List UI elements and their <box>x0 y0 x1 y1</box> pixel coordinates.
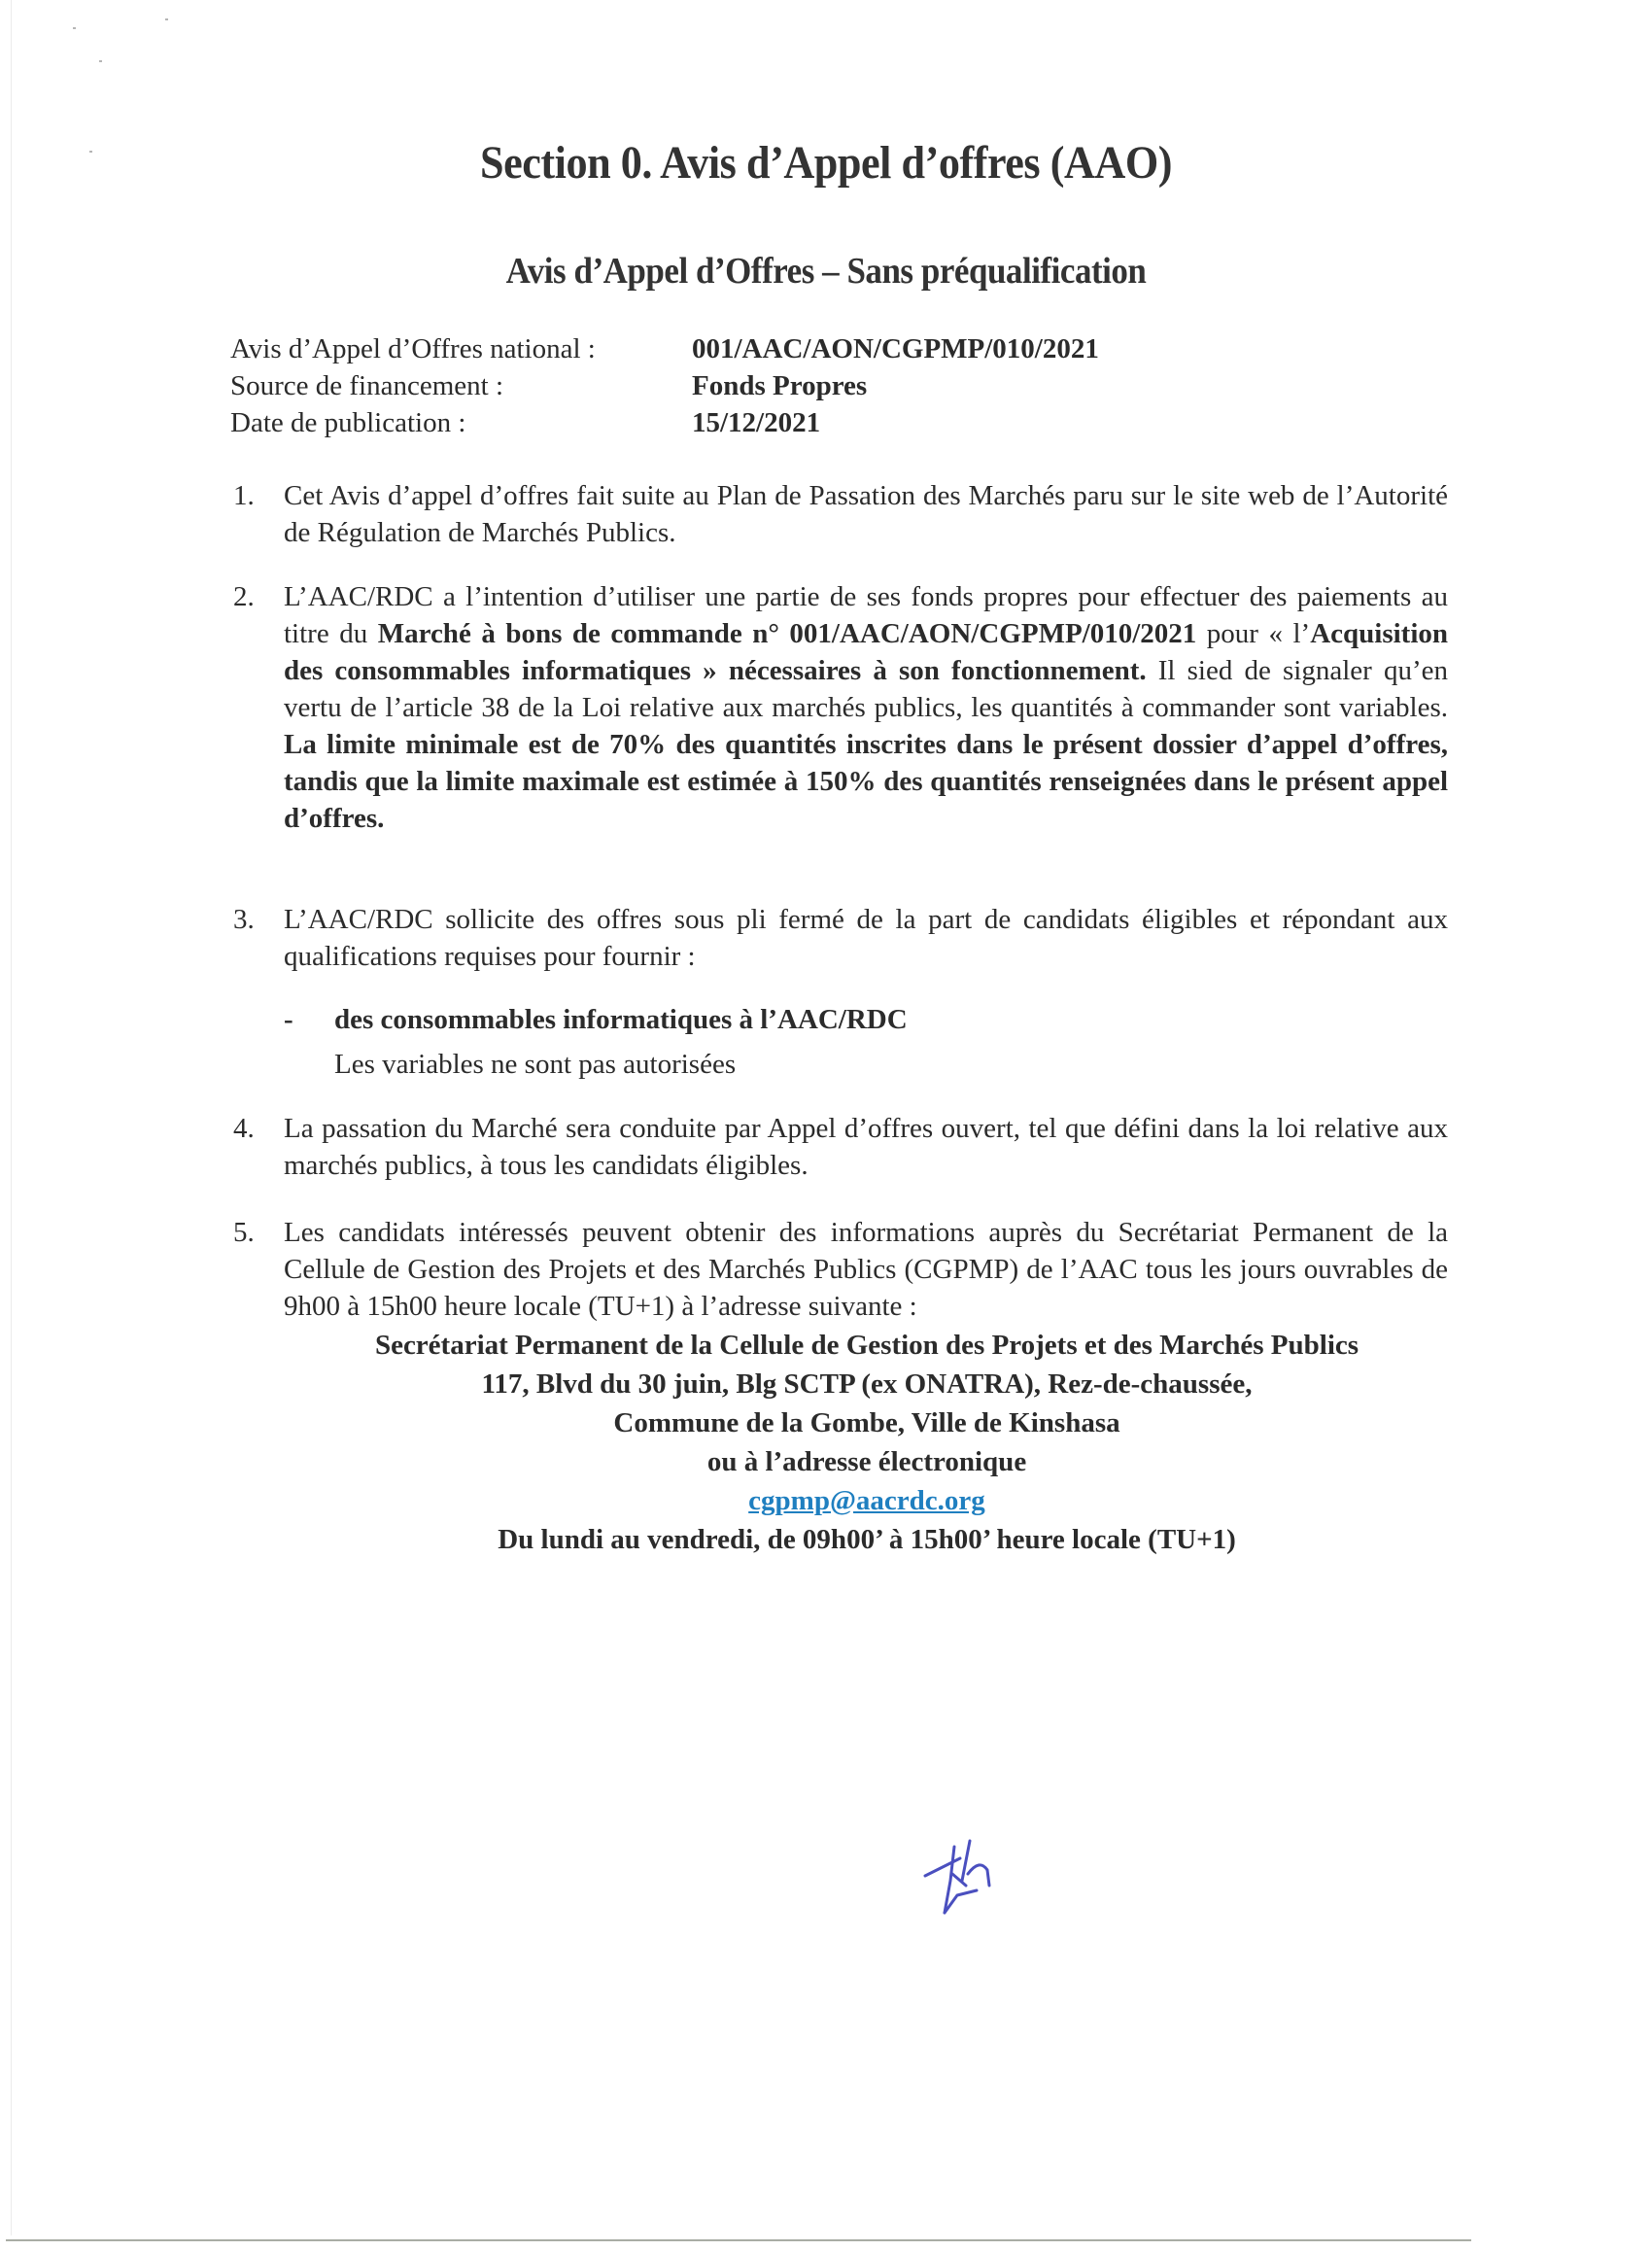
meta-row-publication-date: Date de publication : 15/12/2021 <box>230 404 1099 441</box>
meta-value: 15/12/2021 <box>692 404 820 441</box>
address-line-street: 117, Blvd du 30 juin, Blg SCTP (ex ONATR… <box>284 1365 1450 1403</box>
bullet-note: Les variables ne sont pas autorisées <box>334 1046 908 1083</box>
paragraph-text: Les candidats intéressés peuvent obtenir… <box>284 1214 1448 1325</box>
office-hours: Du lundi au vendredi, de 09h00’ à 15h00’… <box>284 1520 1450 1559</box>
dash-bullet-icon: - <box>284 1001 293 1038</box>
paragraph-number: 5. <box>233 1214 255 1251</box>
meta-label: Date de publication : <box>230 404 692 441</box>
signature-icon <box>923 1837 1001 1924</box>
text-segment-bold: Marché à bons de commande n° 001/AAC/AON… <box>378 618 1197 649</box>
scan-speck <box>99 60 102 62</box>
paragraph-text: L’AAC/RDC a l’intention d’utiliser une p… <box>284 578 1448 837</box>
contact-address: Secrétariat Permanent de la Cellule de G… <box>284 1326 1450 1559</box>
meta-row-tender-number: Avis d’Appel d’Offres national : 001/AAC… <box>230 330 1099 367</box>
meta-value: Fonds Propres <box>692 367 867 404</box>
scan-speck <box>73 27 76 29</box>
address-line-office: Secrétariat Permanent de la Cellule de G… <box>284 1326 1450 1365</box>
email-link[interactable]: cgpmp@aacrdc.org <box>748 1485 985 1516</box>
paragraph-5: 5. Les candidats intéressés peuvent obte… <box>233 1214 1448 1325</box>
paragraph-4: 4. La passation du Marché sera conduite … <box>233 1110 1448 1184</box>
meta-label: Source de financement : <box>230 367 692 404</box>
paragraph-number: 1. <box>233 477 255 514</box>
paragraph-text: L’AAC/RDC sollicite des offres sous pli … <box>284 901 1448 975</box>
paragraph-3: 3. L’AAC/RDC sollicite des offres sous p… <box>233 901 1448 975</box>
bullet-text: des consommables informatiques à l’AAC/R… <box>334 1001 908 1038</box>
paragraph-number: 4. <box>233 1110 255 1147</box>
paragraph-number: 3. <box>233 901 255 938</box>
document-subtitle: Avis d’Appel d’Offres – Sans préqualific… <box>66 250 1586 293</box>
section-title: Section 0. Avis d’Appel d’offres (AAO) <box>66 136 1586 190</box>
tender-metadata: Avis d’Appel d’Offres national : 001/AAC… <box>230 330 1099 441</box>
address-line-city: Commune de la Gombe, Ville de Kinshasa <box>284 1403 1450 1442</box>
page-edge-left <box>11 0 12 2235</box>
text-segment-bold: La limite minimale est de 70% des quanti… <box>284 729 1448 834</box>
paragraph-1: 1. Cet Avis d’appel d’offres fait suite … <box>233 477 1448 551</box>
text-segment: pour « l’ <box>1196 618 1310 649</box>
paragraph-text: La passation du Marché sera conduite par… <box>284 1110 1448 1184</box>
paragraph-2: 2. L’AAC/RDC a l’intention d’utiliser un… <box>233 578 1448 837</box>
paragraph-number: 2. <box>233 578 255 615</box>
supply-bullet: - des consommables informatiques à l’AAC… <box>284 1001 908 1083</box>
meta-value: 001/AAC/AON/CGPMP/010/2021 <box>692 330 1099 367</box>
paragraph-text: Cet Avis d’appel d’offres fait suite au … <box>284 477 1448 551</box>
meta-label: Avis d’Appel d’Offres national : <box>230 330 692 367</box>
address-line-email-intro: ou à l’adresse électronique <box>284 1442 1450 1481</box>
page-edge-bottom <box>6 2239 1471 2241</box>
meta-row-funding-source: Source de financement : Fonds Propres <box>230 367 1099 404</box>
scan-speck <box>165 18 168 20</box>
